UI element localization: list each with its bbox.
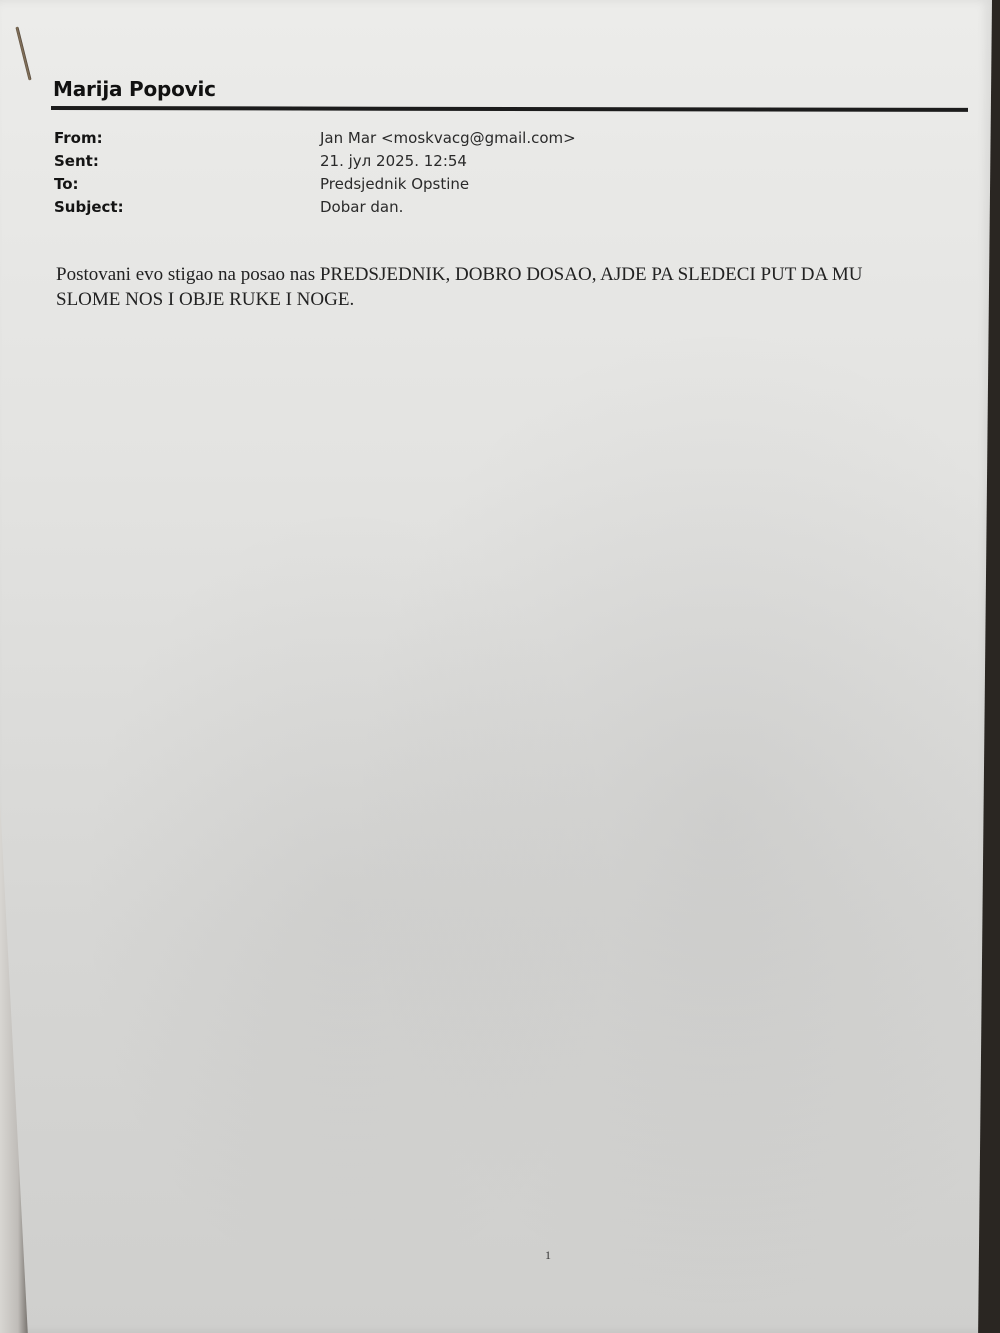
- page-number: 1: [545, 1248, 551, 1263]
- mailbox-owner-name: Marija Popovic: [53, 77, 216, 101]
- header-label: Subject:: [54, 196, 320, 219]
- header-value-date: 21. јул 2025. 12:54: [320, 150, 467, 173]
- header-label: To:: [54, 173, 320, 196]
- header-value-recipient: Predsjednik Opstine: [320, 173, 469, 196]
- header-value-sender: Jan Mar <moskvacg@gmail.com>: [320, 127, 576, 150]
- printed-email-page: Marija Popovic From: Jan Mar <moskvacg@g…: [0, 0, 992, 1333]
- email-body-line: Postovani evo stigao na posao nas PREDSJ…: [56, 262, 946, 287]
- header-from: From: Jan Mar <moskvacg@gmail.com>: [54, 127, 754, 150]
- header-divider: [51, 106, 968, 112]
- header-subject: Subject: Dobar dan.: [54, 196, 754, 219]
- header-to: To: Predsjednik Opstine: [54, 173, 754, 196]
- email-body: Postovani evo stigao na posao nas PREDSJ…: [56, 262, 946, 312]
- header-value-subject: Dobar dan.: [320, 196, 403, 219]
- staple: [15, 26, 31, 80]
- email-headers: From: Jan Mar <moskvacg@gmail.com> Sent:…: [54, 127, 754, 219]
- header-label: Sent:: [54, 150, 320, 173]
- header-sent: Sent: 21. јул 2025. 12:54: [54, 150, 754, 173]
- email-body-line: SLOME NOS I OBJE RUKE I NOGE.: [56, 287, 946, 312]
- header-label: From:: [54, 127, 320, 150]
